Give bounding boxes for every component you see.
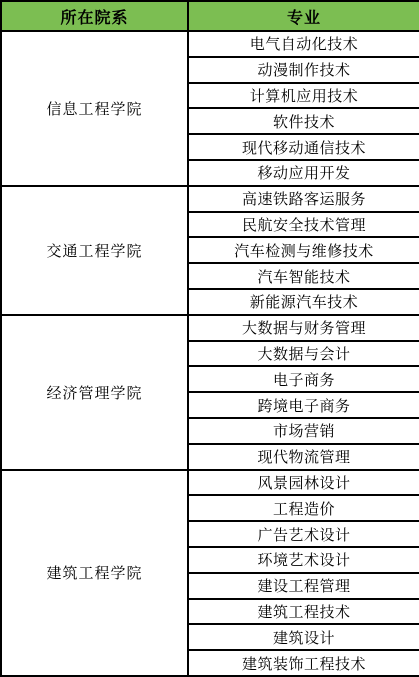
college-cell: 交通工程学院 — [1, 186, 188, 315]
header-major-column: 专业 — [188, 1, 419, 31]
table-row: 信息工程学院电气自动化技术 — [1, 31, 419, 57]
major-cell: 软件技术 — [188, 108, 419, 134]
college-cell: 建筑工程学院 — [1, 470, 188, 676]
major-cell: 大数据与会计 — [188, 341, 419, 367]
major-cell: 市场营销 — [188, 418, 419, 444]
major-cell: 风景园林设计 — [188, 470, 419, 496]
major-cell: 建设工程管理 — [188, 573, 419, 599]
table-row: 经济管理学院大数据与财务管理 — [1, 315, 419, 341]
major-cell: 汽车检测与维修技术 — [188, 237, 419, 263]
major-cell: 动漫制作技术 — [188, 57, 419, 83]
major-cell: 工程造价 — [188, 495, 419, 521]
header-college-column: 所在院系 — [1, 1, 188, 31]
major-cell: 电子商务 — [188, 366, 419, 392]
major-cell: 现代物流管理 — [188, 444, 419, 470]
table-row: 交通工程学院高速铁路客运服务 — [1, 186, 419, 212]
major-cell: 建筑装饰工程技术 — [188, 650, 419, 676]
major-cell: 汽车智能技术 — [188, 263, 419, 289]
major-cell: 民航安全技术管理 — [188, 212, 419, 238]
table-body: 信息工程学院电气自动化技术动漫制作技术计算机应用技术软件技术现代移动通信技术移动… — [1, 31, 419, 676]
major-cell: 广告艺术设计 — [188, 521, 419, 547]
college-cell: 信息工程学院 — [1, 31, 188, 186]
major-cell: 建筑工程技术 — [188, 599, 419, 625]
table-row: 建筑工程学院风景园林设计 — [1, 470, 419, 496]
major-cell: 现代移动通信技术 — [188, 134, 419, 160]
major-cell: 电气自动化技术 — [188, 31, 419, 57]
major-cell: 环境艺术设计 — [188, 547, 419, 573]
major-cell: 新能源汽车技术 — [188, 289, 419, 315]
major-cell: 大数据与财务管理 — [188, 315, 419, 341]
major-cell: 跨境电子商务 — [188, 392, 419, 418]
departments-majors-table: 所在院系 专业 信息工程学院电气自动化技术动漫制作技术计算机应用技术软件技术现代… — [0, 0, 419, 677]
major-cell: 建筑设计 — [188, 624, 419, 650]
major-cell: 高速铁路客运服务 — [188, 186, 419, 212]
table-header: 所在院系 专业 — [1, 1, 419, 31]
major-cell: 移动应用开发 — [188, 160, 419, 186]
college-cell: 经济管理学院 — [1, 315, 188, 470]
major-cell: 计算机应用技术 — [188, 83, 419, 109]
header-row: 所在院系 专业 — [1, 1, 419, 31]
